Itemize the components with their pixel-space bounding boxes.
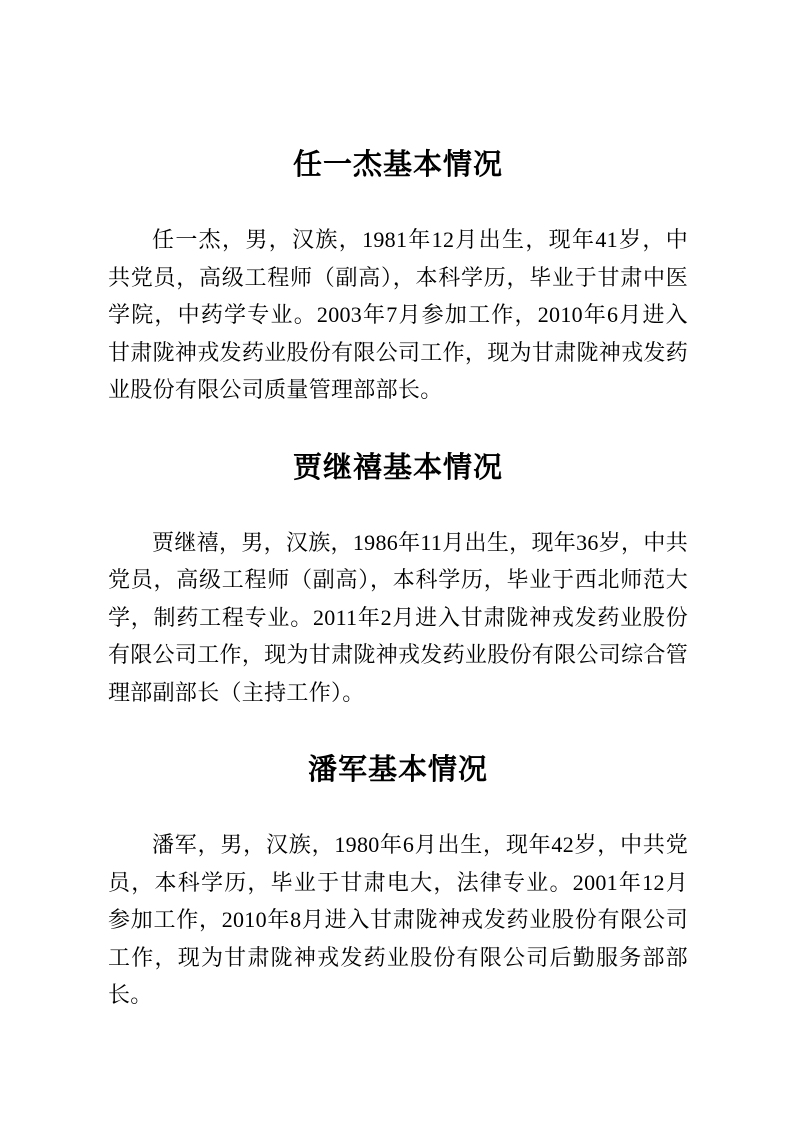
section-ren-yijie: 任一杰基本情况 任一杰，男，汉族，1981年12月出生，现年41岁，中共党员，高…: [108, 143, 688, 409]
section-title-pan-jun: 潘军基本情况: [108, 748, 688, 792]
section-paragraph-jia-jixi: 贾继禧，男，汉族，1986年11月出生，现年36岁，中共党员，高级工程师（副高）…: [108, 524, 688, 712]
section-pan-jun: 潘军基本情况 潘军，男，汉族，1980年6月出生，现年42岁，中共党员，本科学历…: [108, 748, 688, 1014]
section-paragraph-ren-yijie: 任一杰，男，汉族，1981年12月出生，现年41岁，中共党员，高级工程师（副高）…: [108, 221, 688, 409]
section-paragraph-pan-jun: 潘军，男，汉族，1980年6月出生，现年42岁，中共党员，本科学历，毕业于甘肃电…: [108, 826, 688, 1014]
section-title-ren-yijie: 任一杰基本情况: [108, 143, 688, 187]
document-page: 任一杰基本情况 任一杰，男，汉族，1981年12月出生，现年41岁，中共党员，高…: [0, 0, 793, 1122]
section-title-jia-jixi: 贾继禧基本情况: [108, 446, 688, 490]
section-jia-jixi: 贾继禧基本情况 贾继禧，男，汉族，1986年11月出生，现年36岁，中共党员，高…: [108, 446, 688, 712]
